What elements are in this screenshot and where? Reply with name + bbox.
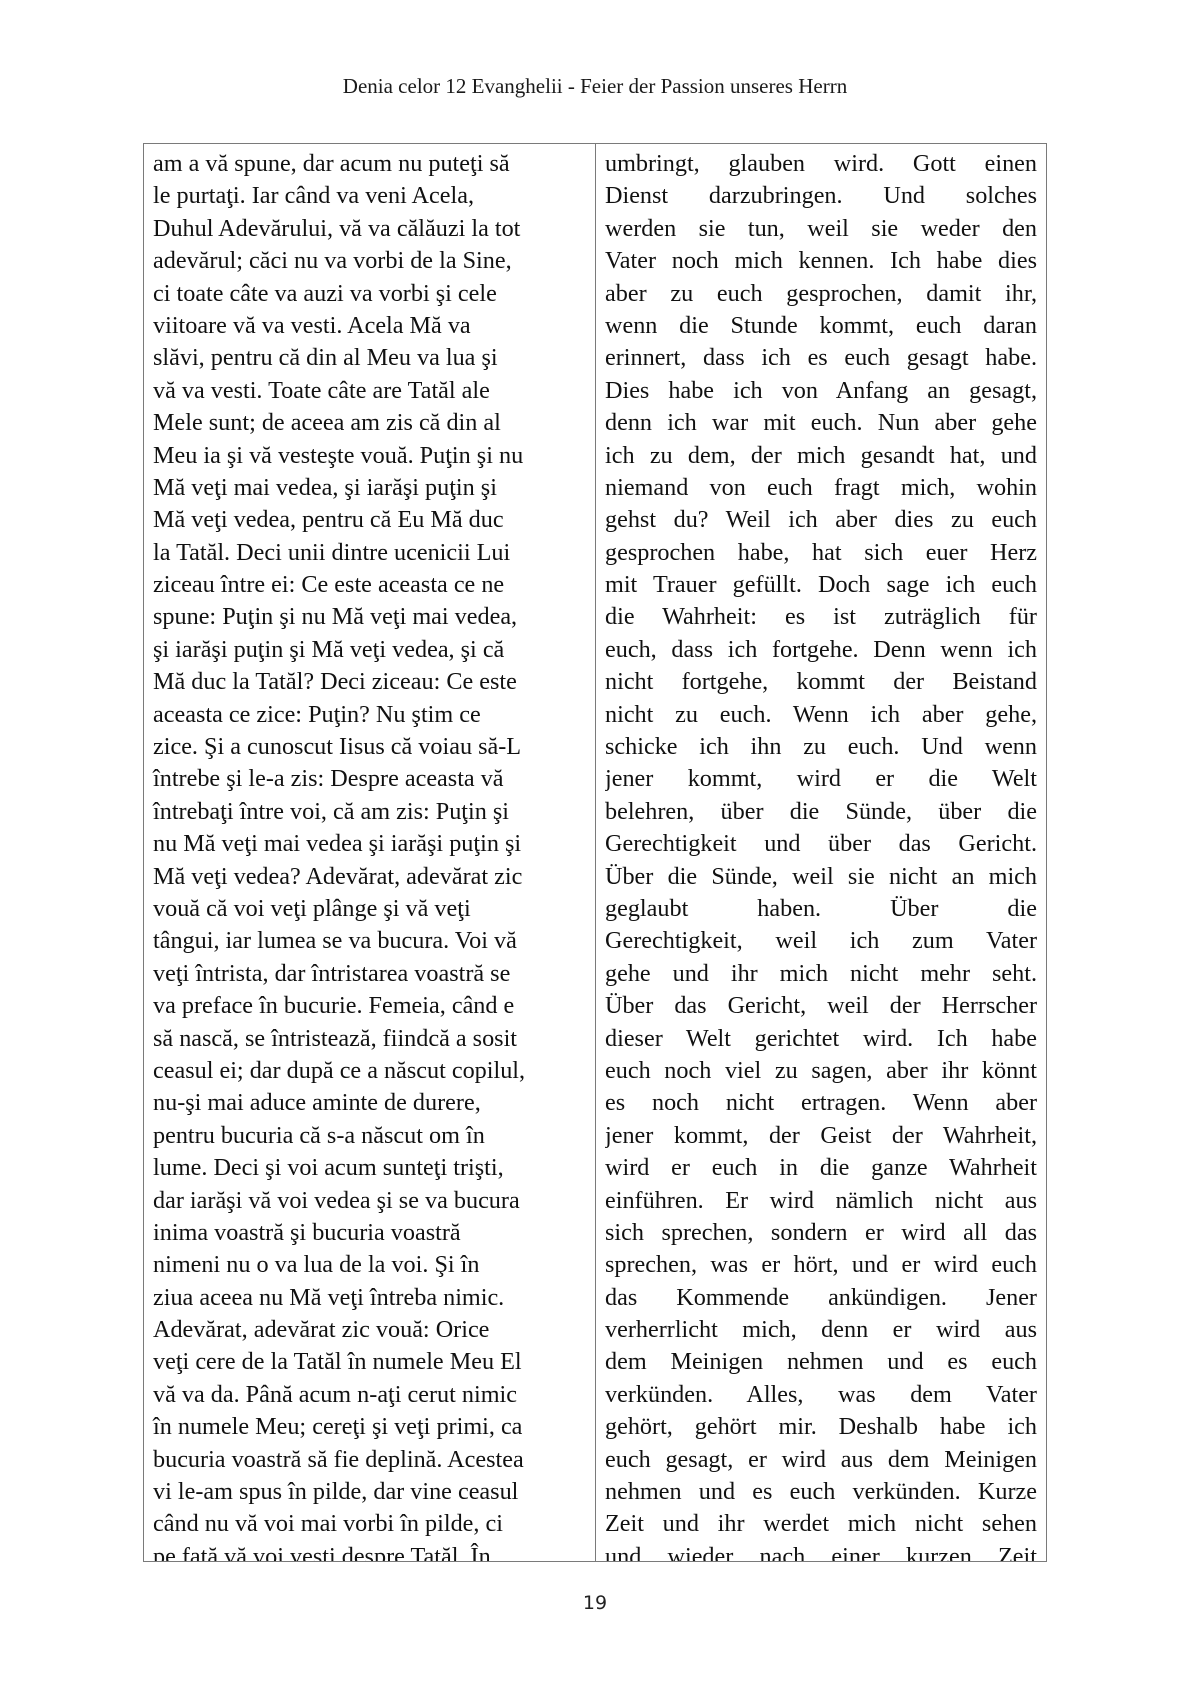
text-line: dieser Welt gerichtet wird. Ich habe: [605, 1023, 1037, 1055]
text-line: Dienst darzubringen. Und solches: [605, 180, 1037, 212]
text-line: denn ich war mit euch. Nun aber gehe: [605, 407, 1037, 439]
text-line: gehe und ihr mich nicht mehr seht.: [605, 958, 1037, 990]
text-line: einführen. Er wird nämlich nicht aus: [605, 1185, 1037, 1217]
text-line: lume. Deci şi voi acum sunteţi trişti,: [153, 1152, 586, 1184]
text-line: zice. Şi a cunoscut Iisus că voiau să-L: [153, 731, 586, 763]
text-line: ceasul ei; dar după ce a născut copilul,: [153, 1055, 586, 1087]
text-line: în numele Meu; cereţi şi veţi primi, ca: [153, 1411, 586, 1443]
text-line: geglaubt haben. Über die: [605, 893, 1037, 925]
running-header: Denia celor 12 Evanghelii - Feier der Pa…: [0, 74, 1190, 99]
text-line: am a vă spune, dar acum nu puteţi să: [153, 148, 586, 180]
text-line: vi le-am spus în pilde, dar vine ceasul: [153, 1476, 586, 1508]
text-line: Gerechtigkeit und über das Gericht.: [605, 828, 1037, 860]
text-line: vă va vesti. Toate câte are Tatăl ale: [153, 375, 586, 407]
text-line: viitoare vă va vesti. Acela Mă va: [153, 310, 586, 342]
text-line: schicke ich ihn zu euch. Und wenn: [605, 731, 1037, 763]
text-line: Mă veţi vedea? Adevărat, adevărat zic: [153, 861, 586, 893]
text-line: vouă că voi veţi plânge şi vă veţi: [153, 893, 586, 925]
text-line: belehren, über die Sünde, über die: [605, 796, 1037, 828]
text-line: nicht zu euch. Wenn ich aber gehe,: [605, 699, 1037, 731]
text-line: adevărul; căci nu va vorbi de la Sine,: [153, 245, 586, 277]
text-line: nu-şi mai aduce aminte de durere,: [153, 1087, 586, 1119]
text-line: euch noch viel zu sagen, aber ihr könnt: [605, 1055, 1037, 1087]
text-line: Mă duc la Tatăl? Deci ziceau: Ce este: [153, 666, 586, 698]
text-line: spune: Puţin şi nu Mă veţi mai vedea,: [153, 601, 586, 633]
text-line: Vater noch mich kennen. Ich habe dies: [605, 245, 1037, 277]
text-line: euch gesagt, er wird aus dem Meinigen: [605, 1444, 1037, 1476]
text-line: sich sprechen, sondern er wird all das: [605, 1217, 1037, 1249]
text-line: wenn die Stunde kommt, euch daran: [605, 310, 1037, 342]
text-line: Adevărat, adevărat zic vouă: Orice: [153, 1314, 586, 1346]
text-line: veţi cere de la Tatăl în numele Meu El: [153, 1346, 586, 1378]
text-line: nicht fortgehe, kommt der Beistand: [605, 666, 1037, 698]
text-line: Mă veţi vedea, pentru că Eu Mă duc: [153, 504, 586, 536]
text-line: Über die Sünde, weil sie nicht an mich: [605, 861, 1037, 893]
text-line: la Tatăl. Deci unii dintre ucenicii Lui: [153, 537, 586, 569]
text-line: umbringt, glauben wird. Gott einen: [605, 148, 1037, 180]
text-line: Meu ia şi vă vesteşte vouă. Puţin şi nu: [153, 440, 586, 472]
text-line: ich zu dem, der mich gesandt hat, und: [605, 440, 1037, 472]
text-line: nu Mă veţi mai vedea şi iarăşi puţin şi: [153, 828, 586, 860]
page-number: 19: [0, 1592, 1190, 1614]
text-line: das Kommende ankündigen. Jener: [605, 1282, 1037, 1314]
text-line: aceasta ce zice: Puţin? Nu ştim ce: [153, 699, 586, 731]
text-line: Gerechtigkeit, weil ich zum Vater: [605, 925, 1037, 957]
text-line: nehmen und es euch verkünden. Kurze: [605, 1476, 1037, 1508]
text-line: pe faţă vă voi vesti despre Tatăl. În: [153, 1541, 586, 1561]
text-line: und wieder nach einer kurzen Zeit: [605, 1541, 1037, 1561]
text-line: dem Meinigen nehmen und es euch: [605, 1346, 1037, 1378]
text-line: wird er euch in die ganze Wahrheit: [605, 1152, 1037, 1184]
romanian-text-column: am a vă spune, dar acum nu puteţi săle p…: [144, 144, 596, 1561]
bilingual-text-table: am a vă spune, dar acum nu puteţi săle p…: [143, 143, 1047, 1562]
text-line: veţi întrista, dar întristarea voastră s…: [153, 958, 586, 990]
text-line: die Wahrheit: es ist zuträglich für: [605, 601, 1037, 633]
text-line: ci toate câte va auzi va vorbi şi cele: [153, 278, 586, 310]
text-line: erinnert, dass ich es euch gesagt habe.: [605, 342, 1037, 374]
text-line: ziceau între ei: Ce este aceasta ce ne: [153, 569, 586, 601]
text-line: le purtaţi. Iar când va veni Acela,: [153, 180, 586, 212]
text-line: nimeni nu o va lua de la voi. Şi în: [153, 1249, 586, 1281]
text-line: euch, dass ich fortgehe. Denn wenn ich: [605, 634, 1037, 666]
text-line: verherrlicht mich, denn er wird aus: [605, 1314, 1037, 1346]
text-line: gehst du? Weil ich aber dies zu euch: [605, 504, 1037, 536]
text-line: să nască, se întristează, fiindcă a sosi…: [153, 1023, 586, 1055]
text-line: Mele sunt; de aceea am zis că din al: [153, 407, 586, 439]
text-line: verkünden. Alles, was dem Vater: [605, 1379, 1037, 1411]
text-line: bucuria voastră să fie deplină. Acestea: [153, 1444, 586, 1476]
text-line: es noch nicht ertragen. Wenn aber: [605, 1087, 1037, 1119]
text-line: Mă veţi mai vedea, şi iarăşi puţin şi: [153, 472, 586, 504]
text-line: întrebe şi le-a zis: Despre aceasta vă: [153, 763, 586, 795]
text-line: sprechen, was er hört, und er wird euch: [605, 1249, 1037, 1281]
text-line: dar iarăşi vă voi vedea şi se va bucura: [153, 1185, 586, 1217]
text-line: vă va da. Până acum n-aţi cerut nimic: [153, 1379, 586, 1411]
text-line: va preface în bucurie. Femeia, când e: [153, 990, 586, 1022]
german-text-column: umbringt, glauben wird. Gott einenDienst…: [596, 144, 1046, 1561]
text-line: când nu vă voi mai vorbi în pilde, ci: [153, 1508, 586, 1540]
text-line: niemand von euch fragt mich, wohin: [605, 472, 1037, 504]
text-line: tângui, iar lumea se va bucura. Voi vă: [153, 925, 586, 957]
text-line: ziua aceea nu Mă veţi întreba nimic.: [153, 1282, 586, 1314]
text-line: inima voastră şi bucuria voastră: [153, 1217, 586, 1249]
text-line: pentru bucuria că s-a născut om în: [153, 1120, 586, 1152]
text-line: Zeit und ihr werdet mich nicht sehen: [605, 1508, 1037, 1540]
text-line: jener kommt, wird er die Welt: [605, 763, 1037, 795]
text-line: Über das Gericht, weil der Herrscher: [605, 990, 1037, 1022]
text-line: gehört, gehört mir. Deshalb habe ich: [605, 1411, 1037, 1443]
text-line: întrebaţi între voi, că am zis: Puţin şi: [153, 796, 586, 828]
text-line: jener kommt, der Geist der Wahrheit,: [605, 1120, 1037, 1152]
text-line: Duhul Adevărului, vă va călăuzi la tot: [153, 213, 586, 245]
text-line: gesprochen habe, hat sich euer Herz: [605, 537, 1037, 569]
text-line: şi iarăşi puţin şi Mă veţi vedea, şi că: [153, 634, 586, 666]
text-line: slăvi, pentru că din al Meu va lua şi: [153, 342, 586, 374]
text-line: Dies habe ich von Anfang an gesagt,: [605, 375, 1037, 407]
text-line: aber zu euch gesprochen, damit ihr,: [605, 278, 1037, 310]
text-line: mit Trauer gefüllt. Doch sage ich euch: [605, 569, 1037, 601]
text-line: werden sie tun, weil sie weder den: [605, 213, 1037, 245]
